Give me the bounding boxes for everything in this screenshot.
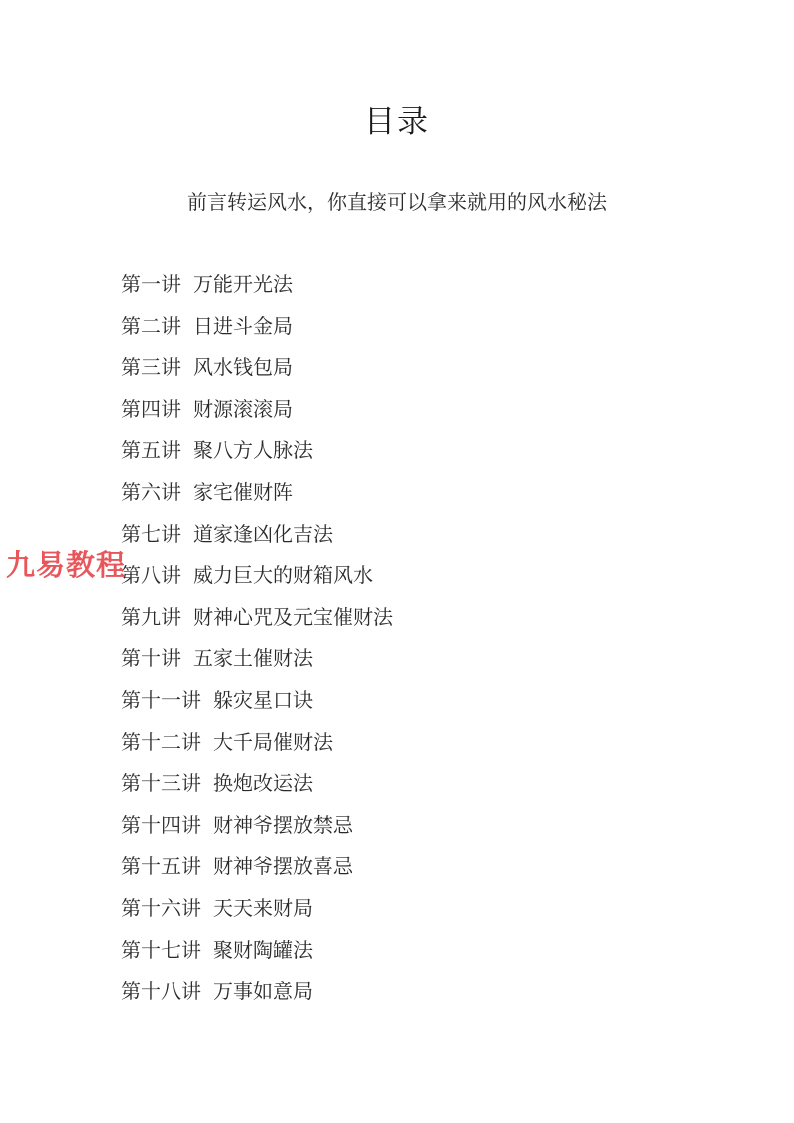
- toc-item-title: 家宅催财阵: [193, 480, 293, 504]
- toc-item-title: 财源滚滚局: [193, 397, 293, 421]
- toc-item-number: 第八讲: [121, 563, 181, 587]
- toc-item-title: 聚财陶罐法: [213, 938, 313, 962]
- table-of-contents: 第一讲万能开光法 第二讲日进斗金局 第三讲风水钱包局 第四讲财源滚滚局 第五讲聚…: [121, 268, 393, 1017]
- toc-item: 第十二讲大千局催财法: [121, 726, 393, 768]
- toc-item-number: 第十三讲: [121, 771, 201, 795]
- toc-item-number: 第十讲: [121, 646, 181, 670]
- toc-item-number: 第五讲: [121, 438, 181, 462]
- toc-item-title: 日进斗金局: [193, 314, 293, 338]
- toc-item-title: 大千局催财法: [213, 730, 333, 754]
- toc-item: 第七讲道家逢凶化吉法: [121, 518, 393, 560]
- toc-item: 第二讲日进斗金局: [121, 310, 393, 352]
- toc-item-number: 第二讲: [121, 314, 181, 338]
- toc-item-number: 第九讲: [121, 605, 181, 629]
- toc-item: 第十五讲财神爷摆放喜忌: [121, 850, 393, 892]
- toc-item: 第五讲聚八方人脉法: [121, 434, 393, 476]
- toc-item-title: 天天来财局: [213, 896, 313, 920]
- toc-item-title: 威力巨大的财箱风水: [193, 563, 373, 587]
- toc-item-title: 聚八方人脉法: [193, 438, 313, 462]
- toc-item-number: 第四讲: [121, 397, 181, 421]
- toc-item-number: 第十五讲: [121, 854, 201, 878]
- toc-item: 第六讲家宅催财阵: [121, 476, 393, 518]
- toc-item-title: 万能开光法: [193, 272, 293, 296]
- toc-item: 第十六讲天天来财局: [121, 892, 393, 934]
- toc-item-number: 第七讲: [121, 522, 181, 546]
- toc-item-number: 第十八讲: [121, 979, 201, 1003]
- watermark: 九易教程: [6, 543, 126, 584]
- toc-item-title: 五家土催财法: [193, 646, 313, 670]
- toc-item: 第一讲万能开光法: [121, 268, 393, 310]
- preface-entry: 前言转运风水，你直接可以拿来就用的风水秘法: [0, 186, 794, 215]
- toc-item-title: 财神爷摆放禁忌: [213, 813, 353, 837]
- toc-item: 第十一讲躲灾星口诀: [121, 684, 393, 726]
- toc-item: 第四讲财源滚滚局: [121, 393, 393, 435]
- toc-item-number: 第十一讲: [121, 688, 201, 712]
- toc-item-number: 第十六讲: [121, 896, 201, 920]
- toc-item-number: 第十七讲: [121, 938, 201, 962]
- toc-item-title: 躲灾星口诀: [213, 688, 313, 712]
- toc-item: 第三讲风水钱包局: [121, 351, 393, 393]
- toc-item-number: 第十二讲: [121, 730, 201, 754]
- toc-item-number: 第三讲: [121, 355, 181, 379]
- toc-item-title: 财神心咒及元宝催财法: [193, 605, 393, 629]
- toc-item-number: 第十四讲: [121, 813, 201, 837]
- toc-item-number: 第六讲: [121, 480, 181, 504]
- toc-item: 第十四讲财神爷摆放禁忌: [121, 809, 393, 851]
- toc-item-title: 万事如意局: [213, 979, 313, 1003]
- toc-item-title: 财神爷摆放喜忌: [213, 854, 353, 878]
- toc-item-number: 第一讲: [121, 272, 181, 296]
- toc-item: 第八讲威力巨大的财箱风水: [121, 559, 393, 601]
- toc-item: 第十讲五家土催财法: [121, 642, 393, 684]
- toc-item-title: 换炮改运法: [213, 771, 313, 795]
- page-title: 目录: [0, 96, 794, 141]
- toc-item: 第十三讲换炮改运法: [121, 767, 393, 809]
- toc-item-title: 道家逢凶化吉法: [193, 522, 333, 546]
- toc-item: 第九讲财神心咒及元宝催财法: [121, 601, 393, 643]
- toc-item-title: 风水钱包局: [193, 355, 293, 379]
- toc-item: 第十七讲聚财陶罐法: [121, 934, 393, 976]
- toc-item: 第十八讲万事如意局: [121, 975, 393, 1017]
